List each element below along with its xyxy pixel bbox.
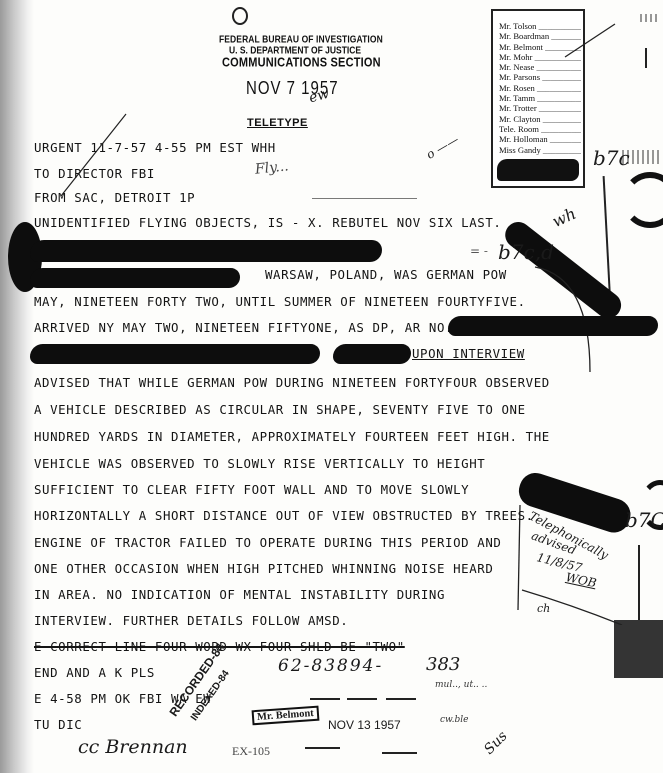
check-mark-icon [560,22,620,62]
handwritten-flying: Fly... [254,158,289,177]
routing-name: Mr. Trotter [499,103,581,113]
handwritten-mark: cw.ble [440,715,469,725]
body-line: IN AREA. NO INDICATION OF MENTAL INSTABI… [34,587,445,602]
body-line: ADVISED THAT WHILE GERMAN POW DURING NIN… [34,375,550,390]
scan-artifact [645,48,647,68]
body-line: A VEHICLE DESCRIBED AS CIRCULAR IN SHAPE… [34,402,526,417]
routing-name: Miss Gandy [499,145,581,155]
routing-name: Mr. Clayton [499,114,581,124]
body-line: SUFFICIENT TO CLEAR FIFTY FOOT WALL AND … [34,482,469,497]
document-page: FEDERAL BUREAU OF INVESTIGATION U. S. DE… [0,0,663,773]
scan-margin-shadow [0,0,34,773]
body-line: HORIZONTALLY A SHORT DISTANCE OUT OF VIE… [34,508,534,523]
scan-artifact [622,172,663,228]
file-number: 62-83894- [278,656,383,676]
date-initials: ew [307,86,331,107]
punch-hole-icon [232,7,248,25]
handwritten-mark: = - [470,244,488,258]
stamp-rule [305,747,340,749]
handwritten-mark: o —— [424,132,461,162]
handwritten-mark: mul.., ut.. .. [435,680,487,690]
received-date-stamp: NOV 13 1957 [328,718,401,732]
body-line: INTERVIEW. FURTHER DETAILS FOLLOW AMSD. [34,613,348,628]
routing-name: Mr. Rosen [499,83,581,93]
redaction-bar [30,344,320,364]
initials-side: ch [537,602,550,615]
routing-name: Tele. Room [499,124,581,134]
initials-top: wh [549,204,579,231]
body-line: HUNDRED YARDS IN DIAMETER, APPROXIMATELY… [34,429,550,444]
handwritten-mark: Sus [481,728,511,758]
routed-to-stamp: Mr. Belmont [252,706,320,726]
routing-name: Mr. Holloman [499,134,581,144]
header-section: COMMUNICATIONS SECTION [222,56,381,70]
redaction-bar [30,240,382,262]
header-agency: FEDERAL BUREAU OF INVESTIGATION [219,33,383,45]
body-line: VEHICLE WAS OBSERVED TO SLOWLY RISE VERT… [34,456,485,471]
handwritten-underline [312,198,417,199]
ex-stamp: EX-105 [232,744,270,759]
body-line: ARRIVED NY MAY TWO, NINETEEN FIFTYONE, A… [34,320,453,335]
redaction-bar [333,344,411,364]
closing-line: TU DIC [34,717,82,732]
slash-mark-icon [58,112,128,198]
message-to: TO DIRECTOR FBI [34,166,155,181]
header-form-type: TELETYPE [247,117,308,129]
body-line: ENGINE OF TRACTOR FAILED TO OPERATE DURI… [34,535,501,550]
body-line: ONE OTHER OCCASION WHEN HIGH PITCHED WHI… [34,561,493,576]
scan-artifact [614,620,663,678]
redaction-bar [30,268,240,288]
signature: cc Brennan [78,736,188,758]
message-subject: UNIDENTIFIED FLYING OBJECTS, IS - X. REB… [34,215,501,230]
stamp-rule [386,698,416,700]
body-line: WARSAW, POLAND, WAS GERMAN POW [265,267,507,282]
stamp-rule [310,698,340,700]
routing-name: Mr. Nease [499,62,581,72]
body-line: UPON INTERVIEW [412,346,525,361]
exemption-b7c-top: b7c [593,146,630,170]
message-from: FROM SAC, DETROIT 1P [34,190,195,205]
body-line-text: WARSAW, POLAND, WAS GERMAN POW [265,267,507,282]
redaction-bar [448,316,658,336]
exemption-b7c-side: b7C [625,508,663,532]
body-line: MAY, NINETEEN FORTY TWO, UNTIL SUMMER OF… [34,294,526,309]
stamp-rule [382,752,417,754]
scan-artifact [640,14,660,22]
stamp-rule [347,698,377,700]
header-department: U. S. DEPARTMENT OF JUSTICE [229,44,361,56]
redaction-bar [497,159,579,181]
serial-number: 383 [426,654,460,675]
closing-line: END AND A K PLS [34,665,155,680]
routing-name: Mr. Tamm [499,93,581,103]
exemption-b7cd: b7c,d [498,240,554,264]
routing-name: Mr. Parsons [499,72,581,82]
